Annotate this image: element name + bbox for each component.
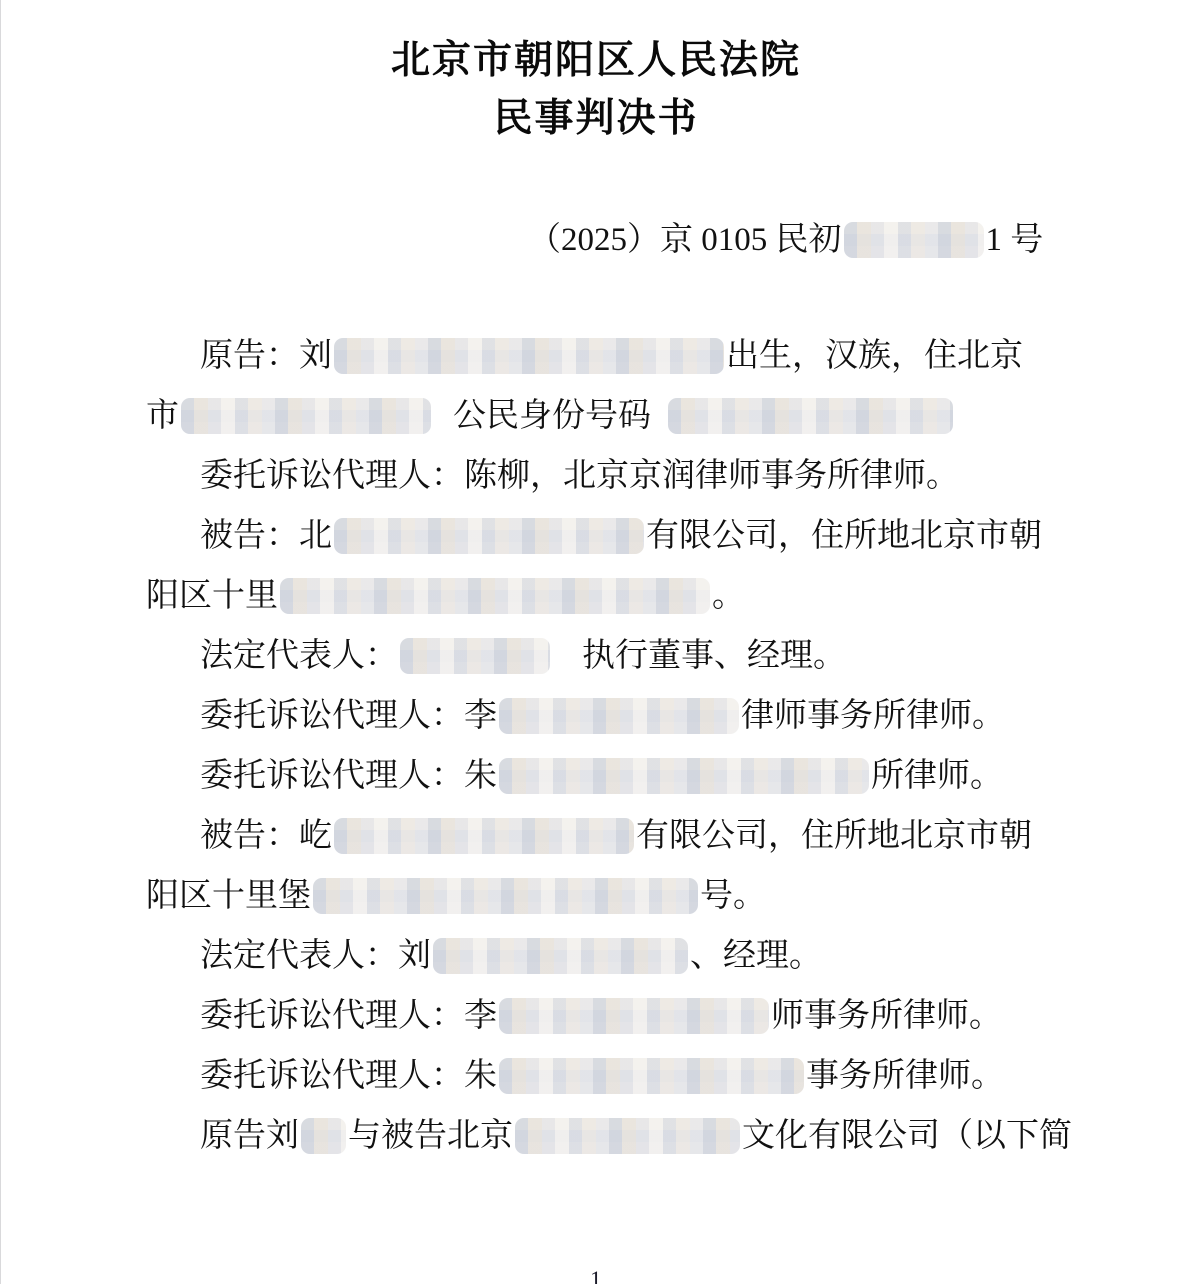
text-run: 、经理。 [690, 938, 822, 974]
document-line: 阳区十里堡号。 [146, 866, 1041, 926]
redaction-block [400, 638, 550, 674]
text-run: 与被告北京 [348, 1118, 513, 1154]
text-run: 委托诉讼代理人：李 [200, 998, 497, 1034]
text-run: 文化有限公司（以下简 [742, 1118, 1072, 1154]
redaction-block [515, 1118, 740, 1154]
text-run: 原告：刘 [200, 338, 332, 374]
text-run: 公民身份号码 [453, 398, 651, 434]
document-type-title: 民事判决书 [1, 90, 1191, 148]
text-run: 阳区十里 [146, 578, 278, 614]
document-line: 委托诉讼代理人：朱事务所律师。 [146, 1046, 1041, 1106]
redaction-block [280, 578, 710, 614]
document-line: 委托诉讼代理人：李师事务所律师。 [146, 986, 1041, 1046]
redaction-block [499, 758, 869, 794]
spacer [433, 425, 453, 426]
redaction-block [433, 938, 688, 974]
redaction-block [499, 998, 769, 1034]
text-run: 委托诉讼代理人：陈柳，北京京润律师事务所律师。 [200, 458, 959, 494]
text-run: 被告：北 [200, 518, 332, 554]
text-run: 出生，汉族，住北京 [726, 338, 1023, 374]
document-line: 法定代表人：执行董事、经理。 [146, 626, 1041, 686]
text-run: 阳区十里堡 [146, 878, 311, 914]
text-run: 市 [146, 398, 179, 434]
text-run: 号。 [700, 878, 766, 914]
spacer [552, 665, 582, 666]
court-name-title: 北京市朝阳区人民法院 [1, 32, 1191, 90]
text-run: （2025）京 0105 民初 [528, 222, 842, 258]
text-run: 有限公司，住所地北京市朝 [636, 818, 1032, 854]
text-run: 执行董事、经理。 [582, 638, 846, 674]
text-run: 。 [712, 578, 745, 614]
document-line: 原告：刘出生，汉族，住北京 [146, 326, 1041, 386]
redaction-block [499, 698, 739, 734]
page-number: 1 [590, 1268, 602, 1284]
document-line: 法定代表人：刘、经理。 [146, 926, 1041, 986]
redaction-block [334, 518, 644, 554]
redaction-block [844, 222, 984, 258]
text-run: 1 号 [986, 222, 1044, 258]
case-number-line: （2025）京 0105 民初1 号 [1, 210, 1191, 270]
document-body: 原告：刘出生，汉族，住北京市公民身份号码委托诉讼代理人：陈柳，北京京润律师事务所… [1, 326, 1191, 1166]
judgment-document-page: 北京市朝阳区人民法院 民事判决书 （2025）京 0105 民初1 号 原告：刘… [0, 0, 1191, 1284]
text-run: 法定代表人：刘 [200, 938, 431, 974]
document-line: 被告：北有限公司，住所地北京市朝 [146, 506, 1041, 566]
document-title-block: 北京市朝阳区人民法院 民事判决书 [1, 32, 1191, 148]
document-line: 被告：屹有限公司，住所地北京市朝 [146, 806, 1041, 866]
text-run: 师事务所律师。 [771, 998, 1002, 1034]
spacer [651, 425, 666, 426]
redaction-block [301, 1118, 346, 1154]
text-run: 被告：屹 [200, 818, 332, 854]
text-run: 委托诉讼代理人：李 [200, 698, 497, 734]
redaction-block [313, 878, 698, 914]
document-line: 阳区十里。 [146, 566, 1041, 626]
document-line: 市公民身份号码 [146, 386, 1041, 446]
document-line: 委托诉讼代理人：朱所律师。 [146, 746, 1041, 806]
text-run: 委托诉讼代理人：朱 [200, 1058, 497, 1094]
text-run: 法定代表人： [200, 638, 398, 674]
document-line: 委托诉讼代理人：陈柳，北京京润律师事务所律师。 [146, 446, 1041, 506]
redaction-block [668, 398, 953, 434]
redaction-block [334, 818, 634, 854]
text-run: 原告刘 [200, 1118, 299, 1154]
text-run: 有限公司，住所地北京市朝 [646, 518, 1042, 554]
redaction-block [499, 1058, 804, 1094]
redaction-block [334, 338, 724, 374]
document-line: 委托诉讼代理人：李律师事务所律师。 [146, 686, 1041, 746]
text-run: 所律师。 [871, 758, 1003, 794]
text-run: 委托诉讼代理人：朱 [200, 758, 497, 794]
redaction-block [181, 398, 431, 434]
text-run: 事务所律师。 [806, 1058, 1004, 1094]
text-run: 律师事务所律师。 [741, 698, 1005, 734]
document-line: 原告刘与被告北京文化有限公司（以下简 [146, 1106, 1041, 1166]
